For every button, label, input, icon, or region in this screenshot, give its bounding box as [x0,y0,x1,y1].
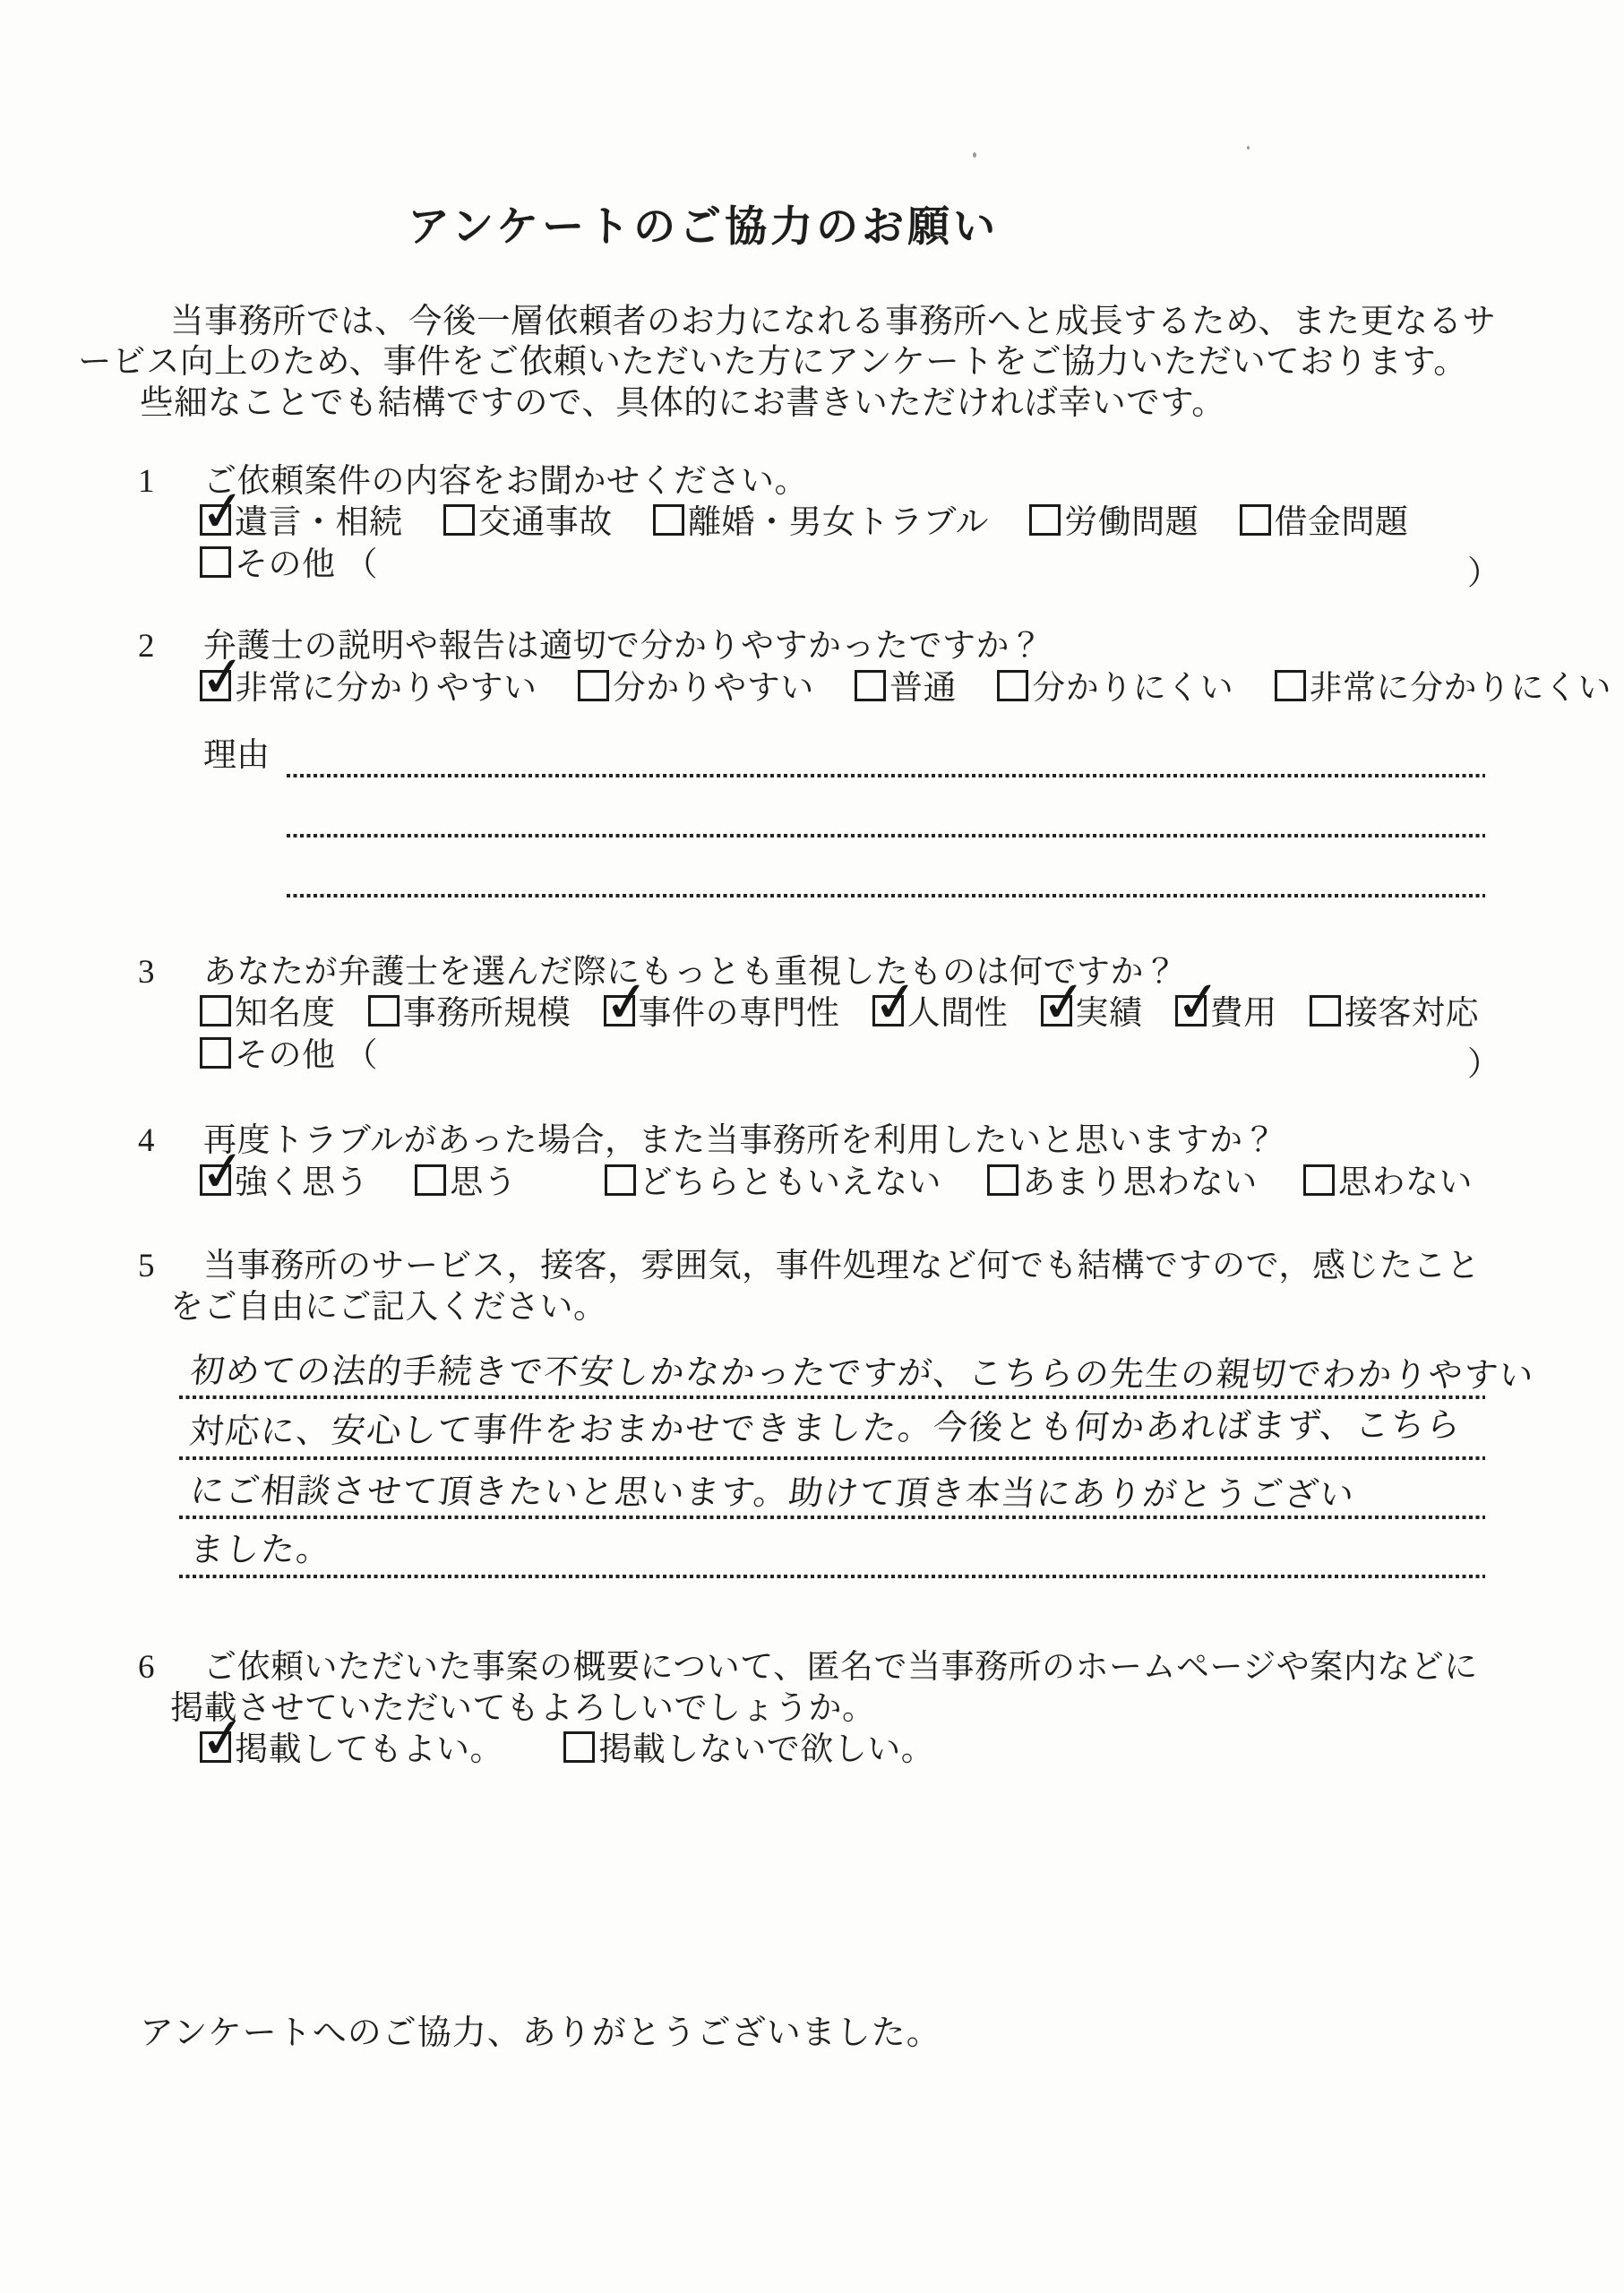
checkbox-option: 非常に分かりやすい [200,669,537,709]
checkbox-option: あまり思わない [987,1164,1258,1203]
comment-writing-line [179,1516,1485,1519]
scan-speck [973,152,976,158]
checkbox-option: 人間性 [872,994,1009,1034]
question-number: 1 [138,462,203,502]
checkbox-option: 非常に分かりにくい [1275,669,1612,709]
checkbox-option: 事務所規模 [368,994,571,1034]
checkbox[interactable] [563,1731,595,1763]
page-title: アンケートのご協力のお願い [408,193,999,253]
checkbox[interactable] [872,995,904,1026]
checkbox-option: 交通事故 [443,503,613,543]
checkbox[interactable] [1240,504,1271,536]
checkbox-option: 強く思う [200,1164,369,1203]
reason-writing-line [287,774,1485,777]
checkbox[interactable] [200,995,231,1026]
checkbox[interactable] [604,995,635,1026]
handwritten-text: 初めての法的手続きで不安しかなかったですが、こちらの先生の親切でわかりやすい [188,1343,1537,1396]
checkbox-option: 思う [415,1164,517,1203]
question-4-header: 4再度トラブルがあった場合，また当事務所を利用したいと思いますか？ [138,1121,1276,1161]
scanned-survey-page: アンケートのご協力のお願い 当事務所では、今後一層依頼者のお力になれる事務所へと… [0,0,1624,2293]
comment-line: 初めての法的手続きで不安しかなかったですが、こちらの先生の親切でわかりやすい [179,1342,1485,1399]
question-2-options: 非常に分かりやすい 分かりやすい 普通 分かりにくい 非常に分かりにくい [200,669,1624,709]
question-number: 6 [138,1648,203,1688]
reason-writing-line [287,894,1485,897]
question-text: 弁護士の説明や報告は適切で分かりやすかったですか？ [203,628,1044,665]
question-3-header: 3あなたが弁護士を選んだ際にもっとも重視したものは何ですか？ [138,953,1178,992]
checkbox-option: その他（ [200,1036,378,1076]
checkbox[interactable] [200,1731,231,1763]
checkbox[interactable] [1275,670,1306,701]
checkbox[interactable] [200,504,231,536]
comment-writing-line [179,1575,1485,1578]
question-3-options: 知名度 事務所規模 事件の専門性 人間性 実績 費用 接客対応 [200,994,1503,1034]
question-6-options: 掲載してもよい。 掲載しないで欲しい。 [200,1730,986,1770]
comment-line: ました。 [179,1521,1485,1578]
reason-label: 理由 [203,736,270,776]
question-4-options: 強く思う 思う どちらともいえない あまり思わない 思わない [200,1164,1510,1203]
comment-line: にご相談させて頂きたいと思います。助けて頂き本当にありがとうござい [179,1462,1485,1519]
other-close-paren: ） [1467,545,1500,594]
checkbox-option: 掲載しないで欲しい。 [563,1730,934,1770]
checkbox[interactable] [855,670,886,701]
question-text: ご依頼案件の内容をお聞かせください。 [203,463,808,500]
question-number: 4 [138,1121,203,1161]
reason-writing-line [287,834,1485,837]
question-number: 2 [138,627,203,666]
checkbox-option: その他（ [200,545,378,585]
intro-line: 些細なことでも結構ですので、具体的にお書きいただければ幸いです。 [140,375,1225,424]
checkbox[interactable] [605,1164,636,1196]
checkbox[interactable] [1029,504,1061,536]
checkbox[interactable] [368,995,400,1026]
comment-writing-line [179,1456,1485,1460]
checkbox-option: 実績 [1041,994,1143,1034]
question-number: 5 [138,1247,203,1286]
question-text: ご依頼いただいた事案の概要について、匿名で当事務所のホームページや案内などに [203,1649,1478,1686]
question-3-other: その他（ [200,1036,410,1076]
other-open-paren: （ [345,1037,378,1074]
checkbox[interactable] [997,670,1028,701]
checkbox[interactable] [1041,995,1072,1026]
checkbox-option: 普通 [855,669,957,709]
question-number: 3 [138,953,203,992]
handwritten-text: 対応に、安心して事件をおまかせできました。今後とも何かあればまず、こちら [188,1397,1464,1453]
checkbox[interactable] [200,1164,231,1196]
question-2-header: 2弁護士の説明や報告は適切で分かりやすかったですか？ [138,627,1044,666]
question-text: あなたが弁護士を選んだ際にもっとも重視したものは何ですか？ [203,954,1178,991]
checkbox[interactable] [1310,995,1341,1026]
checkbox[interactable] [200,546,231,578]
checkbox-option: 費用 [1175,994,1277,1034]
question-6-header: 6ご依頼いただいた事案の概要について、匿名で当事務所のホームページや案内などに [138,1648,1478,1688]
checkbox-option: 労働問題 [1029,503,1199,543]
checkbox[interactable] [443,504,475,536]
checkbox-option: 借金問題 [1240,503,1409,543]
checkbox-option: 掲載してもよい。 [200,1730,503,1770]
other-open-paren: （ [345,546,378,583]
handwritten-text: ました。 [188,1521,334,1571]
question-text: 当事務所のサービス，接客，雰囲気，事件処理など何でも結構ですので，感じたこと [203,1248,1480,1284]
checkbox-option: 離婚・男女トラブル [653,503,989,543]
question-text: 再度トラブルがあった場合，また当事務所を利用したいと思いますか？ [203,1122,1276,1159]
checkbox[interactable] [200,1037,231,1069]
question-5-header: 5当事務所のサービス，接客，雰囲気，事件処理など何でも結構ですので，感じたこと [138,1247,1480,1286]
checkbox-option: 分かりやすい [578,669,814,709]
checkbox-option: 知名度 [200,994,336,1034]
checkbox-option: 事件の専門性 [604,994,840,1034]
checkbox[interactable] [1175,995,1207,1026]
checkbox-option: どちらともいえない [605,1164,942,1203]
checkbox[interactable] [653,504,684,536]
checkbox-option: 接客対応 [1310,994,1479,1034]
checkbox-option: 思わない [1303,1164,1473,1203]
checkbox-option: 遺言・相続 [200,503,403,543]
scan-speck [1247,146,1250,150]
checkbox[interactable] [200,670,231,701]
checkbox-option: 分かりにくい [997,669,1233,709]
checkbox[interactable] [415,1164,446,1196]
checkbox[interactable] [1303,1164,1335,1196]
checkbox[interactable] [578,670,609,701]
handwritten-text: にご相談させて頂きたいと思います。助けて頂き本当にありがとうござい [188,1463,1358,1516]
checkbox[interactable] [987,1164,1018,1196]
question-1-options: 遺言・相続 交通事故 離婚・男女トラブル 労働問題 借金問題 [200,503,1441,543]
other-close-paren: ） [1467,1036,1500,1085]
question-1-other: その他（ [200,545,410,585]
question-6-header-line2: 掲載させていただいてもよろしいでしょうか。 [170,1689,876,1729]
closing-note: アンケートへのご協力、ありがとうございました。 [140,2005,941,2054]
question-5-header-line2: をご自由にご記入ください。 [170,1288,607,1327]
comment-line: 対応に、安心して事件をおまかせできました。今後とも何かあればまず、こちら [179,1403,1485,1460]
